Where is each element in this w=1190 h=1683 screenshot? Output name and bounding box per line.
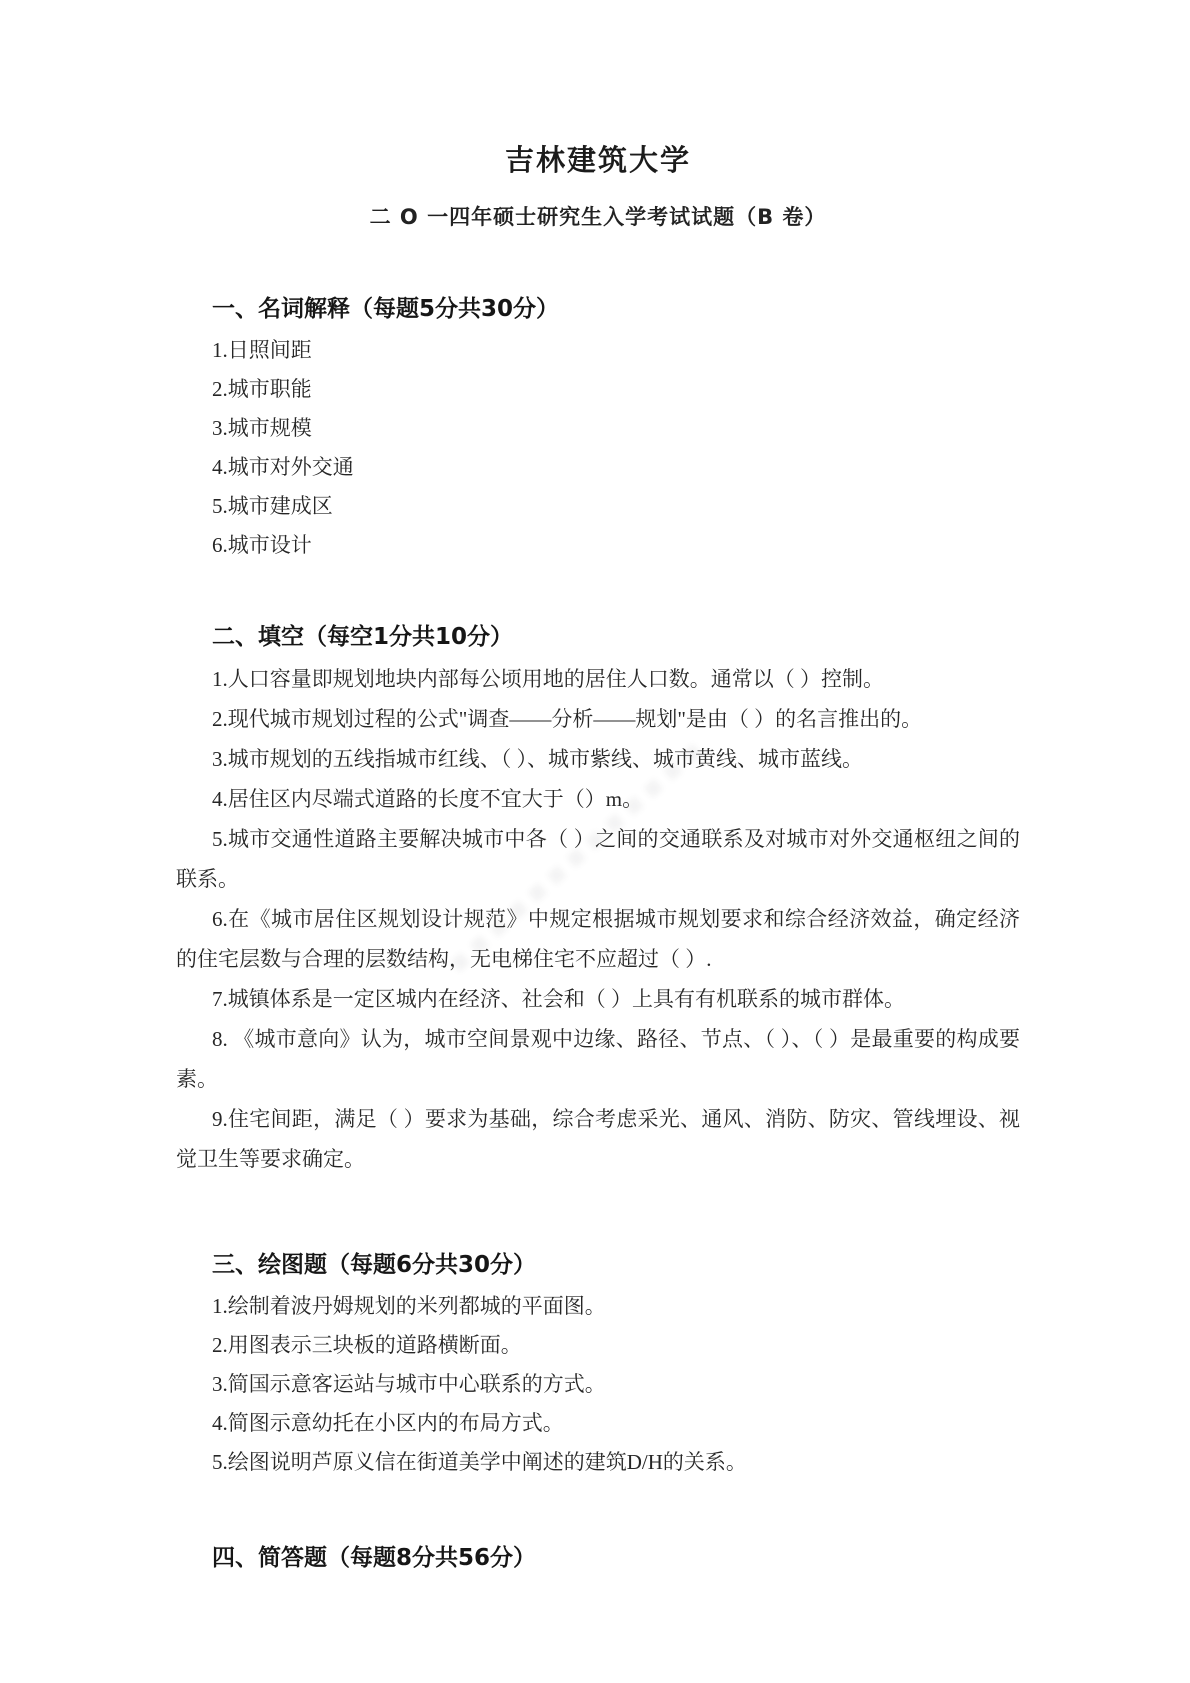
question-list: 1.日照间距2.城市职能3.城市规模4.城市对外交通5.城市建成区6.城市设计 [176, 331, 1020, 565]
question-item: 5.城市交通性道路主要解决城市中各（ ）之间的交通联系及对城市对外交通枢纽之间的… [176, 819, 1020, 899]
question-item: 7.城镇体系是一定区城内在经济、社会和（ ）上具有有机联系的城市群体。 [176, 979, 1020, 1019]
page-title: 吉林建筑大学 [176, 138, 1020, 179]
question-list: 1.人口容量即规划地块内部每公顷用地的居住人口数。通常以（ ）控制。2.现代城市… [176, 659, 1020, 1179]
question-item: 4.简图示意幼托在小区内的布局方式。 [176, 1404, 1020, 1443]
question-item: 5.城市建成区 [176, 487, 1020, 526]
section-short-answer: 四、简答题（每题8分共56分） [176, 1538, 1020, 1578]
section-fill-in-blanks: 二、填空（每空1分共10分） 1.人口容量即规划地块内部每公顷用地的居住人口数。… [176, 617, 1020, 1179]
section-heading: 四、简答题（每题8分共56分） [212, 1538, 1020, 1578]
question-item: 6.城市设计 [176, 526, 1020, 565]
page-subtitle: 二 O 一四年硕士研究生入学考试试题（B 卷） [176, 201, 1020, 231]
question-item: 2.用图表示三块板的道路横断面。 [176, 1326, 1020, 1365]
question-item: 3.简国示意客运站与城市中心联系的方式。 [176, 1365, 1020, 1404]
question-item: 3.城市规划的五线指城市红线、（ ）、城市紫线、城市黄线、城市蓝线。 [176, 739, 1020, 779]
question-item: 1.人口容量即规划地块内部每公顷用地的居住人口数。通常以（ ）控制。 [176, 659, 1020, 699]
section-heading: 一、名词解释（每题5分共30分） [212, 289, 1020, 329]
question-list: 1.绘制着波丹姆规划的米列都城的平面图。2.用图表示三块板的道路横断面。3.简国… [176, 1287, 1020, 1482]
question-item: 4.居住区内尽端式道路的长度不宜大于（）m。 [176, 779, 1020, 819]
question-item: 2.城市职能 [176, 370, 1020, 409]
question-item: 4.城市对外交通 [176, 448, 1020, 487]
question-item: 2.现代城市规划过程的公式"调查——分析——规划"是由（ ）的名言推出的。 [176, 699, 1020, 739]
question-item: 1.绘制着波丹姆规划的米列都城的平面图。 [176, 1287, 1020, 1326]
question-item: 1.日照间距 [176, 331, 1020, 370]
question-item: 8. 《城市意向》认为，城市空间景观中边缘、路径、节点、（ ）、（ ）是最重要的… [176, 1019, 1020, 1099]
question-item: 9.住宅间距，满足（ ）要求为基础，综合考虑采光、通风、消防、防灾、管线埋设、视… [176, 1099, 1020, 1179]
question-item: 6.在《城市居住区规划设计规范》中规定根据城市规划要求和综合经济效益，确定经济的… [176, 899, 1020, 979]
section-term-definitions: 一、名词解释（每题5分共30分） 1.日照间距2.城市职能3.城市规模4.城市对… [176, 289, 1020, 565]
question-item: 5.绘图说明芦原义信在街道美学中阐述的建筑D/H的关系。 [176, 1443, 1020, 1482]
question-item: 3.城市规模 [176, 409, 1020, 448]
section-heading: 三、绘图题（每题6分共30分） [212, 1245, 1020, 1285]
section-heading: 二、填空（每空1分共10分） [212, 617, 1020, 657]
exam-paper-page: 吉林建筑大学 二 O 一四年硕士研究生入学考试试题（B 卷） 一、名词解释（每题… [0, 0, 1190, 1683]
section-drawing-questions: 三、绘图题（每题6分共30分） 1.绘制着波丹姆规划的米列都城的平面图。2.用图… [176, 1245, 1020, 1482]
